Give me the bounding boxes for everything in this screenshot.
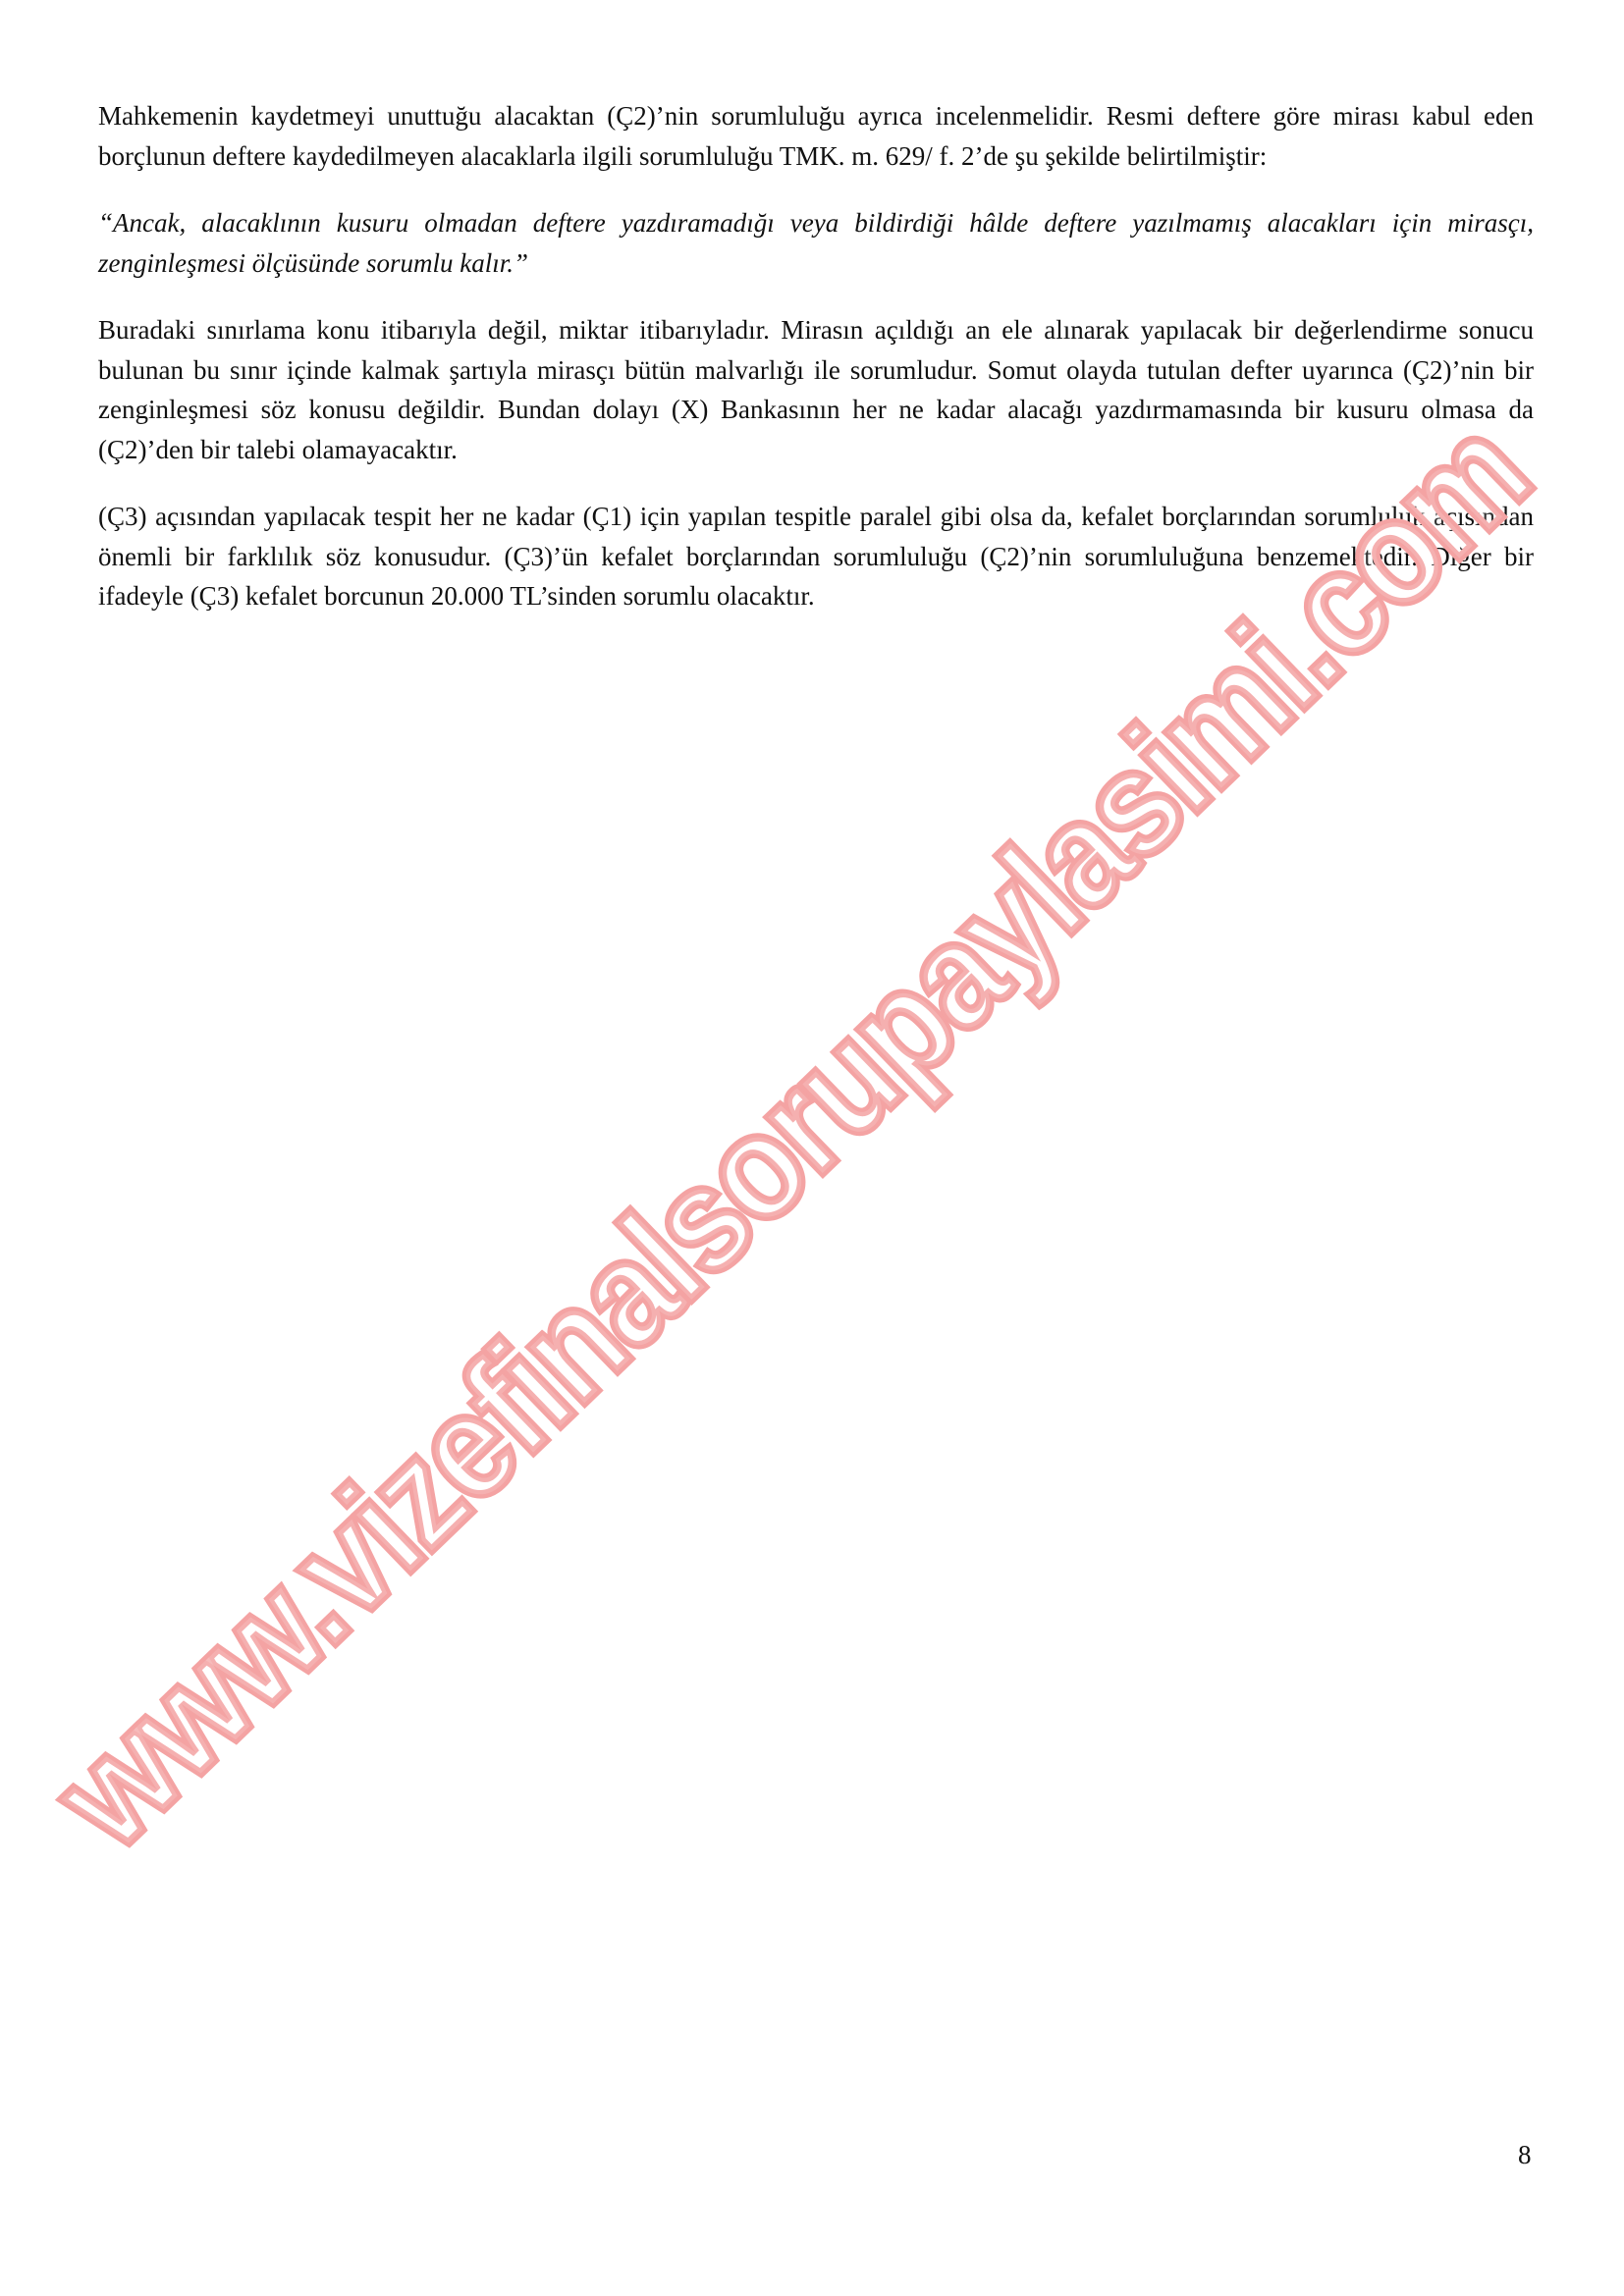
page-number: 8 <box>1518 2140 1532 2170</box>
quoted-law-text: “Ancak, alacaklının kusuru olmadan defte… <box>98 203 1534 283</box>
paragraph-3: (Ç3) açısından yapılacak tespit her ne k… <box>98 497 1534 616</box>
paragraph-2: Buradaki sınırlama konu itibarıyla değil… <box>98 310 1534 469</box>
paragraph-1: Mahkemenin kaydetmeyi unuttuğu alacaktan… <box>98 96 1534 176</box>
document-page: Mahkemenin kaydetmeyi unuttuğu alacaktan… <box>0 0 1624 2296</box>
document-body: Mahkemenin kaydetmeyi unuttuğu alacaktan… <box>98 96 1534 644</box>
